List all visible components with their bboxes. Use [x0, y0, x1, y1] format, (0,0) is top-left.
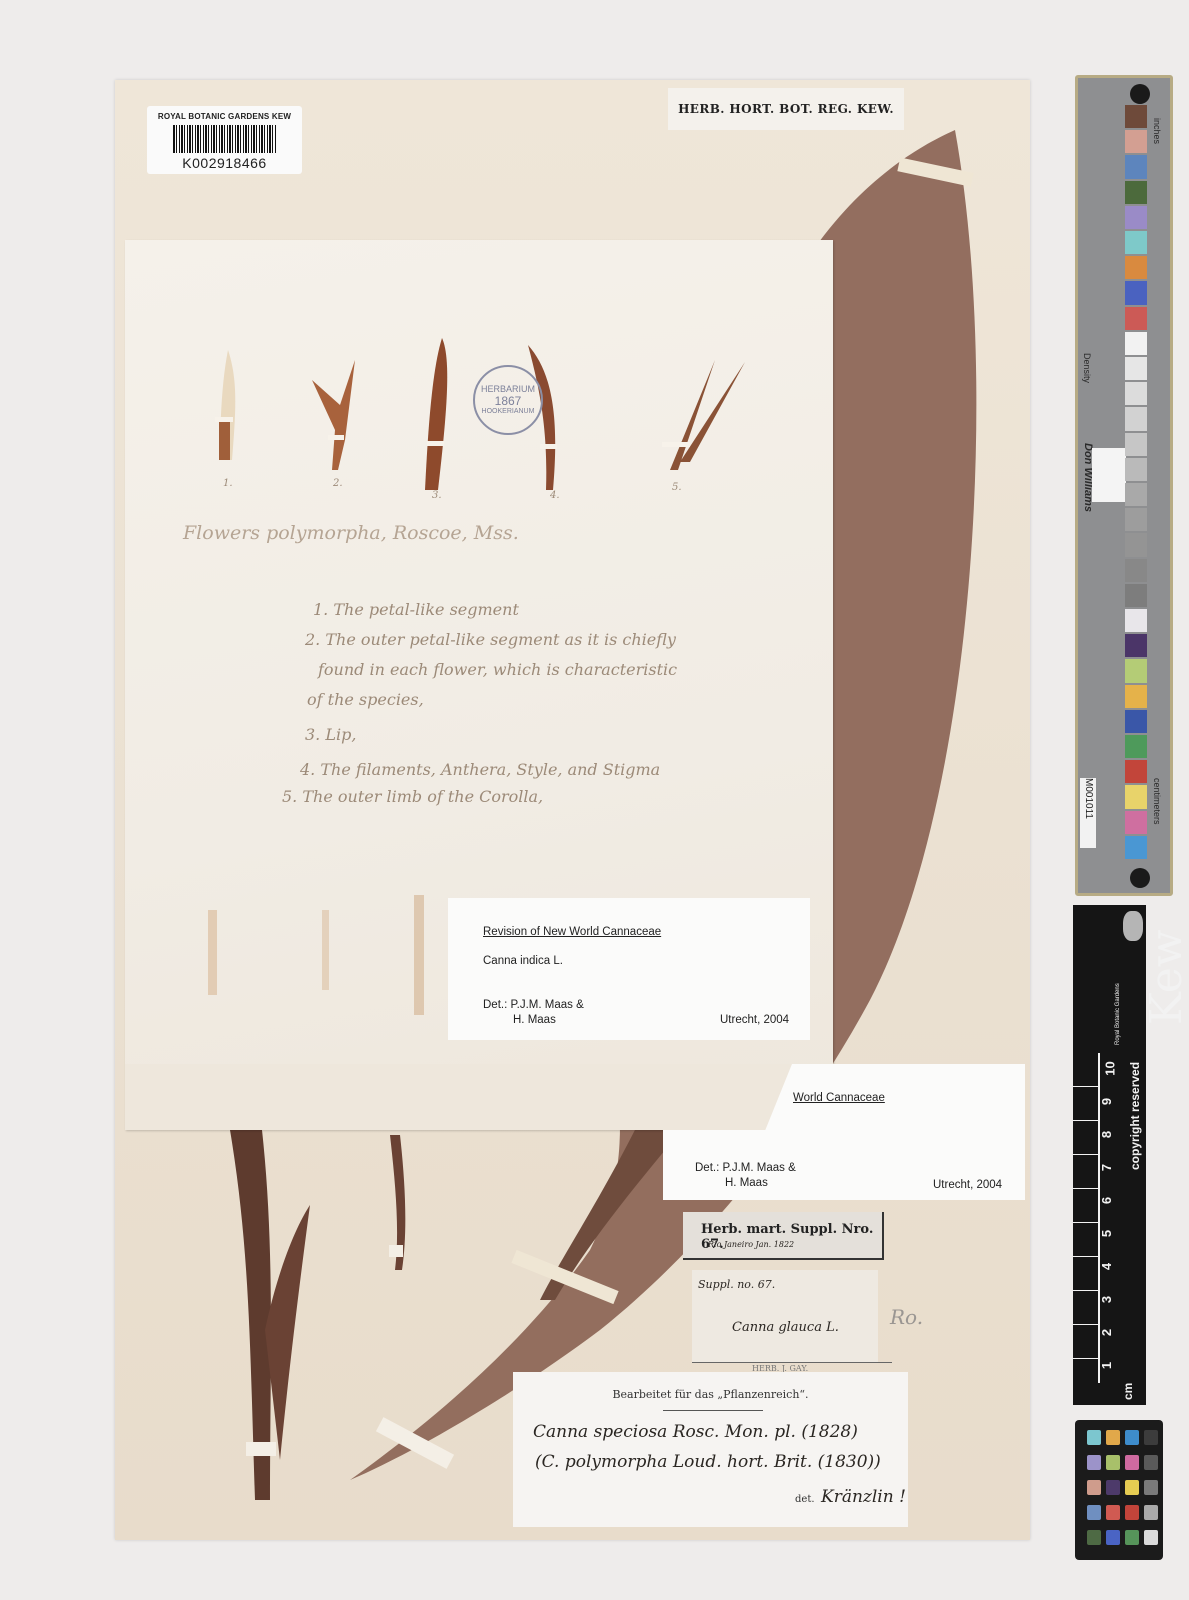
taxon-line-1: Canna speciosa Rosc. Mon. pl. (1828): [533, 1422, 858, 1442]
ruler-number: 9: [1099, 1098, 1114, 1105]
kew-scale-bar: Kew Royal Botanic Gardens copyright rese…: [1073, 905, 1146, 1405]
specimen-number: 5.: [672, 482, 682, 493]
ruler-number: 7: [1099, 1164, 1114, 1171]
color-chip: [1144, 1455, 1158, 1470]
ruler-number: 5: [1099, 1230, 1114, 1237]
specimen-number: 4.: [550, 490, 560, 501]
color-swatch: [1125, 483, 1147, 506]
color-swatch: [1125, 584, 1147, 607]
label-header: Bearbeitet für das „Pflanzenreich“.: [513, 1388, 908, 1401]
notes-line: found in each flower, which is character…: [318, 660, 677, 679]
color-swatch: [1125, 735, 1147, 758]
ruler-number: 1: [1099, 1362, 1114, 1369]
density-label: Density: [1082, 353, 1092, 383]
color-swatch: [1125, 231, 1147, 254]
ruler-number: 3: [1099, 1296, 1114, 1303]
notes-line: 4. The filaments, Anthera, Style, and St…: [300, 760, 660, 779]
suppl-number: Suppl. no. 67.: [698, 1278, 775, 1291]
color-chip: [1125, 1430, 1139, 1445]
specimen-number: 3.: [432, 490, 442, 501]
color-swatch: [1125, 281, 1147, 304]
color-swatch: [1125, 458, 1147, 481]
color-swatch: [1125, 256, 1147, 279]
kew-crest-icon: [1123, 911, 1143, 941]
pencil-note: Ro.: [890, 1305, 923, 1329]
color-swatch: [1125, 508, 1147, 531]
color-swatch: [1125, 811, 1147, 834]
hole-icon: [1130, 868, 1150, 888]
color-swatch: [1125, 206, 1147, 229]
color-chip: [1106, 1530, 1120, 1545]
color-swatch: [1125, 130, 1147, 153]
ruler-number: 10: [1103, 1061, 1118, 1075]
color-checker: [1075, 1420, 1163, 1560]
color-swatch: [1125, 357, 1147, 380]
unit-label: cm: [1121, 1383, 1135, 1400]
color-swatch: [1125, 332, 1147, 355]
color-swatch: [1125, 559, 1147, 582]
color-swatch: [1125, 785, 1147, 808]
color-swatch: [1125, 634, 1147, 657]
specimen-number: 1.: [223, 478, 233, 489]
determiner: Kränzlin !: [821, 1487, 906, 1507]
det-prefix: det.: [795, 1494, 815, 1505]
color-swatch: [1125, 181, 1147, 204]
color-chip: [1144, 1430, 1158, 1445]
color-chip: [1125, 1455, 1139, 1470]
specimen-number: 2.: [333, 478, 343, 489]
determination-label: Revision of New World Cannaceae Canna in…: [448, 898, 810, 1040]
centimeters-label: centimeters: [1152, 778, 1162, 825]
notes-line: 2. The outer petal-like segment as it is…: [305, 630, 676, 649]
small-taxon-label: Suppl. no. 67. Canna glauca L.: [692, 1270, 878, 1362]
place-year: Utrecht, 2004: [933, 1179, 1002, 1191]
color-chip: [1125, 1530, 1139, 1545]
divider-line: [663, 1410, 763, 1411]
color-swatch: [1125, 105, 1147, 128]
stamp-year: 1867: [495, 395, 522, 408]
color-swatch: [1125, 760, 1147, 783]
label-title: Revision of New World Cannaceae: [483, 926, 661, 938]
taxon-name: Canna indica L.: [483, 955, 563, 967]
gray-scale-target: [1092, 448, 1126, 502]
color-chip: [1087, 1480, 1101, 1495]
color-swatch: [1125, 685, 1147, 708]
notes-line: 3. Lip,: [305, 725, 356, 744]
ruler-numbers: 12345678910: [1103, 1053, 1123, 1398]
kew-logo: Kew: [1141, 930, 1189, 1025]
herbarium-stamp: HERBARIUM 1867 HOOKERIANUM: [473, 365, 543, 435]
flower-parts-icon: [0, 0, 1189, 1600]
color-chip: [1144, 1530, 1158, 1545]
serial-number: M001011: [1083, 778, 1094, 780]
color-chip: [1106, 1455, 1120, 1470]
color-swatch: [1125, 382, 1147, 405]
color-chip: [1106, 1430, 1120, 1445]
color-swatches: [1125, 105, 1153, 861]
taxon-name: Canna glauca L.: [732, 1320, 839, 1335]
serial-box: M001011: [1080, 778, 1096, 848]
notes-sheet-corner: [125, 1064, 792, 1130]
color-swatch: [1125, 433, 1147, 456]
hole-icon: [1130, 84, 1150, 104]
color-chip: [1087, 1530, 1101, 1545]
notes-heading: Flowers polymorpha, Roscoe, Mss.: [183, 522, 519, 544]
ruler-number: 4: [1099, 1263, 1114, 1270]
color-swatch: [1125, 307, 1147, 330]
taxon-line-2: (C. polymorpha Loud. hort. Brit. (1830)): [535, 1452, 881, 1472]
label-title: World Cannaceae: [793, 1092, 885, 1104]
color-swatch: [1125, 659, 1147, 682]
determiner: Det.: P.J.M. Maas &: [695, 1162, 796, 1174]
color-swatch: [1125, 155, 1147, 178]
martius-label: Herb. mart. Suppl. Nro. 67. Rio Janeiro …: [683, 1212, 884, 1260]
notes-line: 1. The petal-like segment: [313, 600, 519, 619]
ruler-ticks: [1073, 1053, 1100, 1383]
color-chip: [1125, 1505, 1139, 1520]
color-chip: [1125, 1480, 1139, 1495]
color-chip: [1106, 1480, 1120, 1495]
color-calibration-strip: Density Don Williams inches centimeters …: [1075, 75, 1173, 896]
pflanzenreich-label: Bearbeitet für das „Pflanzenreich“. Cann…: [513, 1372, 908, 1527]
determiner-2: H. Maas: [513, 1014, 556, 1026]
inches-label: inches: [1152, 118, 1162, 144]
color-swatch: [1125, 609, 1147, 632]
color-swatch: [1125, 710, 1147, 733]
color-chip: [1144, 1505, 1158, 1520]
stamp-text-bottom: HOOKERIANUM: [482, 408, 535, 416]
ruler-number: 2: [1099, 1329, 1114, 1336]
determiner-2: H. Maas: [725, 1177, 768, 1189]
place-year: Utrecht, 2004: [720, 1014, 789, 1026]
determiner: Det.: P.J.M. Maas &: [483, 999, 584, 1011]
copyright-text: copyright reserved: [1128, 1062, 1142, 1170]
notes-line: of the species,: [307, 690, 424, 709]
ruler-number: 8: [1099, 1131, 1114, 1138]
notes-line: 5. The outer limb of the Corolla,: [282, 787, 543, 806]
kew-subtitle: Royal Botanic Gardens: [1115, 983, 1121, 1045]
ruler-number: 6: [1099, 1197, 1114, 1204]
color-chip: [1144, 1480, 1158, 1495]
divider-line: [692, 1362, 892, 1363]
martius-handwritten: Rio Janeiro Jan. 1822: [708, 1240, 794, 1249]
color-chip: [1106, 1505, 1120, 1520]
color-swatch: [1125, 836, 1147, 859]
color-chip: [1087, 1430, 1101, 1445]
color-chip: [1087, 1505, 1101, 1520]
color-swatch: [1125, 407, 1147, 430]
color-chip: [1087, 1455, 1101, 1470]
color-swatch: [1125, 533, 1147, 556]
